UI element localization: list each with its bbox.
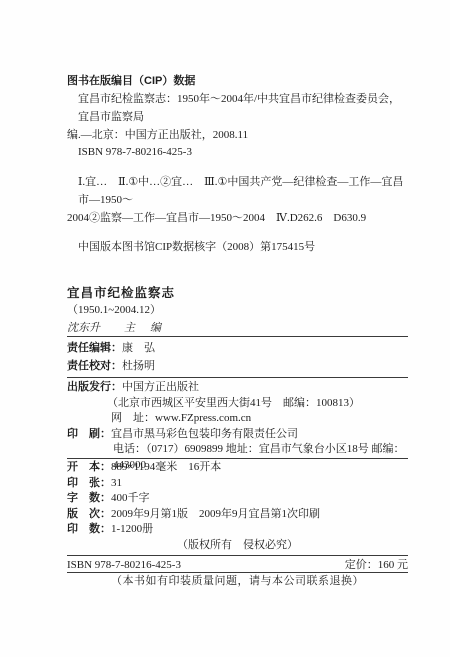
- spec-wordcount-label: 字 数：: [67, 492, 111, 504]
- divider-1: [67, 336, 408, 337]
- printer-name: 宜昌市黑马彩色包装印务有限责任公司: [111, 428, 298, 440]
- footer-price: 定价：160 元: [345, 558, 408, 572]
- website-url: www.FZpress.com.cn: [155, 412, 251, 424]
- copyright-notice: （版权所有 侵权必究）: [67, 538, 408, 554]
- footer-isbn: ISBN 978-7-80216-425-3: [67, 558, 181, 572]
- spec-wordcount-value: 400千字: [111, 492, 150, 504]
- spec-row-edition: 版 次：2009年9月第1版 2009年9月宜昌第1次印刷: [67, 507, 408, 523]
- staff-block: 责任编辑：康 弘 责任校对：杜扬明: [67, 340, 408, 375]
- spec-format-value: 889×1194毫米 16开本: [111, 461, 221, 473]
- printer-row: 印 刷：宜昌市黑马彩色包装印务有限责任公司: [67, 427, 408, 443]
- cip-header: 图书在版编目（CIP）数据: [67, 72, 408, 90]
- publisher-label: 出版发行：: [67, 381, 122, 393]
- spec-row-wordcount: 字 数：400千字: [67, 491, 408, 507]
- spec-printrun-value: 1-1200册: [111, 523, 153, 535]
- staff-row-editor: 责任编辑：康 弘: [67, 340, 408, 358]
- staff-editor-label: 责任编辑：: [67, 342, 122, 354]
- staff-proofreader-label: 责任校对：: [67, 360, 122, 372]
- website-row: 网 址：www.FZpress.com.cn: [67, 411, 408, 427]
- website-label: 网 址：: [111, 412, 155, 424]
- spec-printrun-label: 印 数：: [67, 523, 111, 535]
- divider-2: [67, 377, 408, 378]
- spec-row-sheets: 印 张：31: [67, 476, 408, 492]
- cip-record-number: 中国版本图书馆CIP数据核字（2008）第175415号: [67, 238, 408, 256]
- cip-classification-line1: Ⅰ.宜… Ⅱ.①中…②宜… Ⅲ.①中国共产党—纪律检查—工作—宜昌市—1950～: [67, 173, 408, 209]
- divider-3: [67, 458, 408, 459]
- specs-block: 开 本：889×1194毫米 16开本 印 张：31 字 数：400千字 版 次…: [67, 460, 408, 553]
- divider-5: [67, 572, 408, 573]
- printer-label: 印 刷：: [67, 428, 111, 440]
- spec-edition-value: 2009年9月第1版 2009年9月宜昌第1次印刷: [111, 508, 320, 520]
- title-block: 宜昌市纪检监察志 （1950.1~2004.12） 沈东升主 编: [67, 284, 408, 338]
- publisher-row: 出版发行：中国方正出版社: [67, 380, 408, 396]
- book-date-range: （1950.1~2004.12）: [67, 302, 408, 318]
- publisher-name: 中国方正出版社: [122, 381, 199, 393]
- spec-row-format: 开 本：889×1194毫米 16开本: [67, 460, 408, 476]
- cip-entry-line2: 编.—北京：中国方正出版社，2008.11: [67, 126, 408, 144]
- spec-format-label: 开 本：: [67, 461, 111, 473]
- editor-role: 主 编: [124, 322, 163, 334]
- spec-sheets-label: 印 张：: [67, 477, 111, 489]
- quality-note: （本书如有印装质量问题，请与本公司联系退换）: [67, 574, 408, 588]
- staff-editor-value: 康 弘: [122, 342, 155, 354]
- publisher-address: （北京市西城区平安里西大街41号 邮编：100813）: [67, 396, 408, 412]
- staff-proofreader-value: 杜扬明: [122, 360, 155, 372]
- spec-sheets-value: 31: [111, 477, 122, 489]
- cip-classification-line2: 2004②监察—工作—宜昌市—1950～2004 Ⅳ.D262.6 D630.9: [67, 209, 408, 227]
- spec-row-printrun: 印 数：1-1200册: [67, 522, 408, 538]
- spec-edition-label: 版 次：: [67, 508, 111, 520]
- copyright-page: 图书在版编目（CIP）数据 宜昌市纪检监察志：1950年～2004年/中共宜昌市…: [0, 0, 450, 657]
- staff-row-proofreader: 责任校对：杜扬明: [67, 358, 408, 376]
- editor-name: 沈东升: [67, 322, 100, 334]
- book-title: 宜昌市纪检监察志: [67, 284, 408, 302]
- cip-entry-line1: 宜昌市纪检监察志：1950年～2004年/中共宜昌市纪律检查委员会，宜昌市监察局: [67, 90, 408, 126]
- isbn-price-row: ISBN 978-7-80216-425-3 定价：160 元: [67, 558, 408, 572]
- editor-line: 沈东升主 编: [67, 318, 408, 338]
- cip-block: 图书在版编目（CIP）数据 宜昌市纪检监察志：1950年～2004年/中共宜昌市…: [67, 72, 408, 256]
- cip-isbn: ISBN 978-7-80216-425-3: [67, 144, 408, 160]
- divider-4: [67, 555, 408, 556]
